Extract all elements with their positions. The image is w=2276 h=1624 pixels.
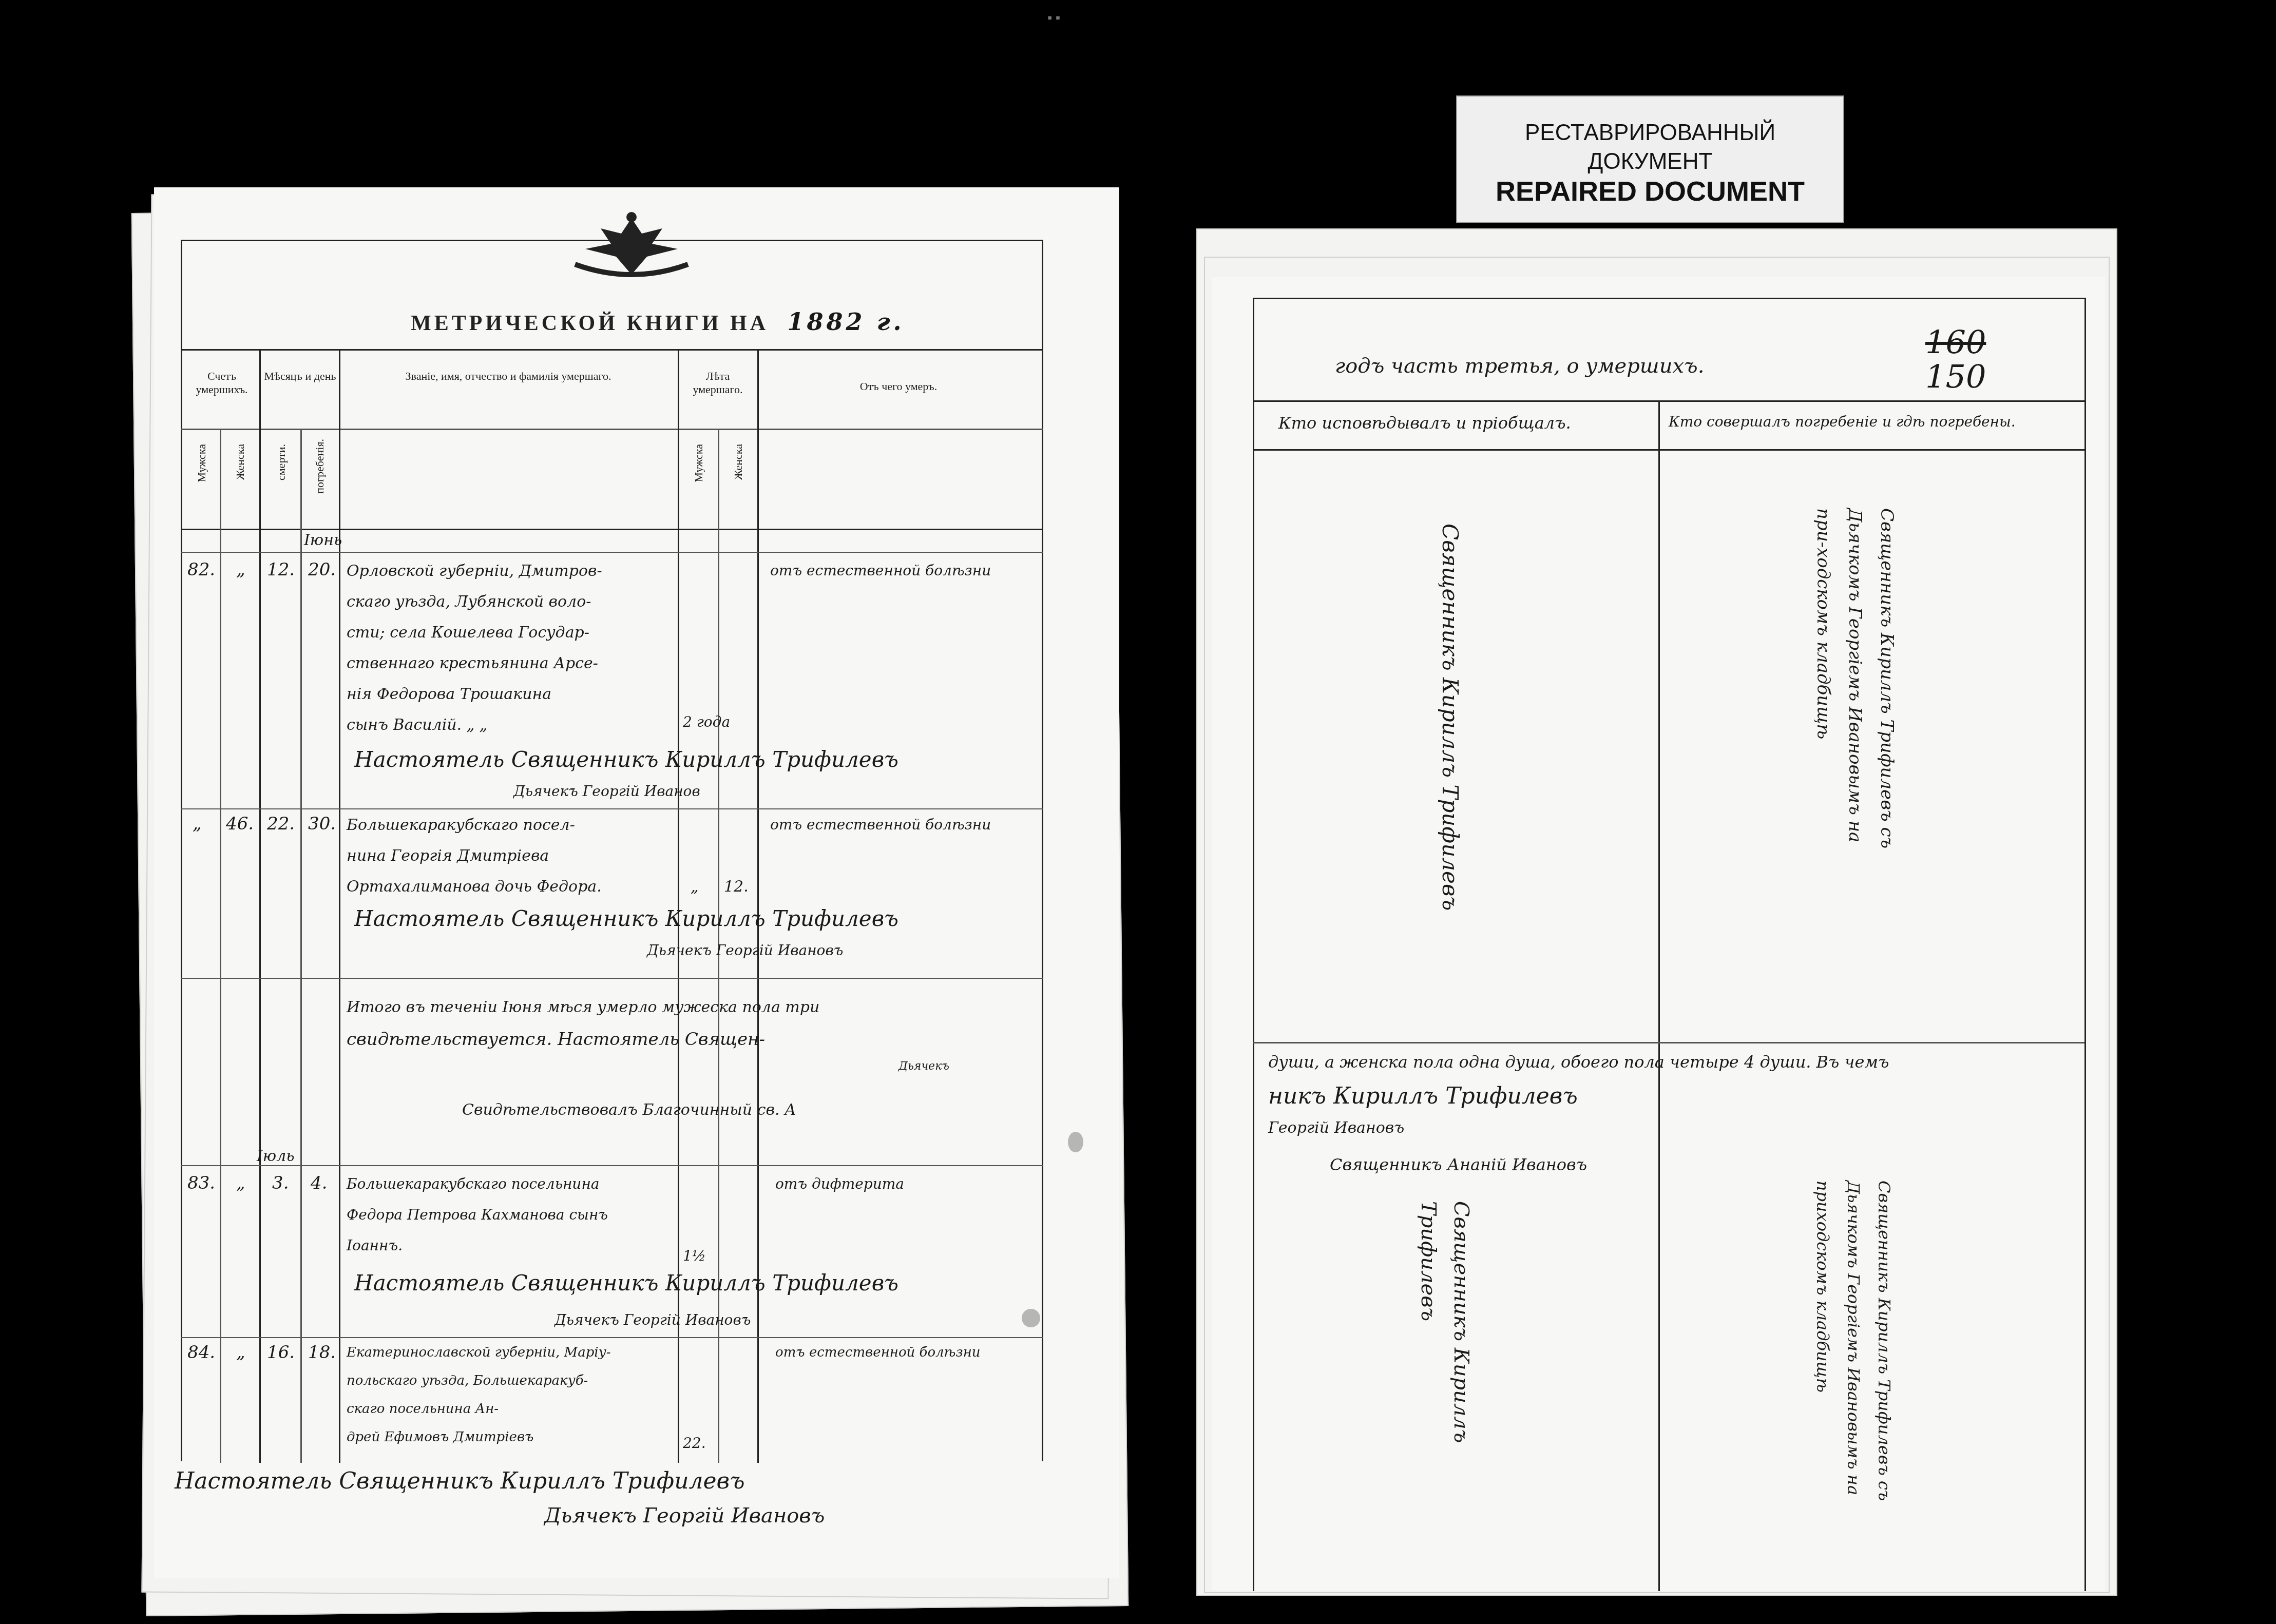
header-count: Счетъ умершихъ. [186,370,258,396]
row-divider [181,552,1043,553]
entry-name-line: нія Федорова Трошакина [347,685,551,703]
entry-cause: отъ естественной болѣзни [775,1345,981,1360]
left-page: МЕТРИЧЕСКОЙ КНИГИ НА 1882 г. Счетъ умерш… [154,187,1119,1578]
entry-name-line: Большекаракубскаго посел- [347,816,575,834]
entry-signature-deacon: Дьячекъ Георгій Ивановъ [647,942,843,959]
table-top-border [1253,298,2084,299]
header-bottom-line [181,529,1043,530]
confessed-entry-1: Священникъ Кириллъ Трифилевъ [1438,524,1463,911]
buried-entry-1: Священникъ Кириллъ Трифилевъ съ Дьячкомъ… [1807,508,1903,878]
header-bottom-line [1253,449,2084,451]
month-label-july: Іюль [257,1147,295,1165]
col-divider-date [300,429,302,1463]
entry-name-line: Іоаннъ. [347,1237,403,1254]
row-divider [181,1337,1043,1338]
header-count-m: Мужска [195,444,208,482]
entry-signature-priest: Настоятель Священникъ Кириллъ Трифилевъ [354,906,898,931]
entry-age-f: 12. [724,878,749,896]
entry-name-line: дрей Ефимовъ Дмитріевъ [347,1429,533,1445]
table-left-border [1253,298,1254,1591]
header-count-f: Женска [234,444,247,480]
entry-number-m: 82. [187,559,215,580]
summary-line: Дьячекъ [898,1060,949,1073]
buried-entry-2: Священникъ Кириллъ Трифилевъ съ Дьячкомъ… [1807,1181,1900,1530]
month-label-june: Іюнь [304,531,342,549]
summary-line: свидѣтельствуется. Настоятель Священ- [347,1029,765,1050]
entry-signature-priest: Настоятель Священникъ Кириллъ Трифилевъ [175,1468,745,1494]
row-divider [1253,1042,2084,1043]
entry-name-line: Большекаракубскаго посельнина [347,1175,600,1192]
entry-cause: отъ естественной болѣзни [770,562,991,579]
imperial-eagle-emblem [554,208,709,285]
header-confessed: Кто исповѣдывалъ и пріобщалъ. [1278,413,1571,433]
summary-line: души, а женска пола одна душа, обоего по… [1268,1052,1889,1072]
entry-number-m: 84. [187,1342,215,1363]
summary-line: никъ Кириллъ Трифилевъ [1268,1083,1578,1109]
page-title-text: МЕТРИЧЕСКОЙ КНИГИ НА [411,312,769,335]
entry-death-day: 16. [267,1342,295,1363]
col-divider [1658,400,1660,1591]
scan-top-marks: ▪ ▪ [1047,10,1060,26]
entry-signature-priest: Настоятель Священникъ Кириллъ Трифилевъ [354,747,898,772]
header-age-m: Мужска [692,444,705,482]
folio-number: 160 150 [1925,323,1986,395]
row-divider [181,978,1043,979]
header-age-f: Женска [732,444,745,480]
entry-burial-day: 30. [308,814,336,834]
entry-name-line: сти; села Кошелева Государ- [347,624,589,642]
entry-signature-priest: Настоятель Священникъ Кириллъ Трифилевъ [354,1270,898,1296]
entry-name-line: сынъ Василій. „ „ [347,716,487,734]
label-line-ru-2: ДОКУМЕНТ [1457,149,1843,175]
entry-age: 2 года [683,713,730,730]
entry-death-day: 12. [267,559,295,580]
entry-cause: отъ естественной болѣзни [770,816,991,833]
table-right-border [2084,298,2086,1591]
entry-burial-day: 4. [311,1173,327,1193]
page-title: МЕТРИЧЕСКОЙ КНИГИ НА 1882 г. [411,308,905,336]
summary-line: Священникъ Ананій Ивановъ [1330,1155,1587,1174]
entry-burial-day: 18. [308,1342,336,1363]
entry-death-day: 22. [267,814,295,834]
col-divider-count [259,349,261,1463]
folio-new: 150 [1925,358,1986,395]
row-divider [181,1165,1043,1166]
header-buried: Кто совершалъ погребеніе и гдѣ погребены… [1669,413,2016,430]
col-divider-count-mf [220,429,221,1463]
table-left-border [181,240,182,1461]
summary-line: Георгій Ивановъ [1268,1119,1404,1137]
entry-number-f: „ [236,559,245,580]
header-top-line [181,349,1043,351]
entry-signature-deacon: Дьячекъ Георгій Ивановъ [554,1311,751,1328]
entry-name-line: Екатеринославской губерніи, Маріу- [347,1345,611,1360]
ink-spot [1022,1309,1040,1327]
folio-old: 160 [1925,323,1986,361]
entry-number-m: „ [193,814,202,834]
entry-burial-day: 20. [308,559,336,580]
header-top-line [1253,400,2084,402]
summary-line: Свидѣтельствовалъ Благочинный св. А [462,1101,796,1119]
entry-signature-deacon: Дьячекъ Георгій Иванов [513,783,700,800]
repaired-document-label: РЕСТАВРИРОВАННЫЙ ДОКУМЕНТ REPAIRED DOCUM… [1456,95,1844,223]
entry-cause: отъ дифтерита [775,1175,904,1192]
table-top-border [181,240,1043,241]
right-page: 171 годъ часть третья, о умершихъ. 160 1… [1212,277,2105,1591]
header-name: Званіе, имя, отчество и фамилія умершаго… [349,370,667,383]
entry-death-day: 3. [272,1173,289,1193]
entry-name-line: Федора Петрова Кахманова сынъ [347,1206,608,1223]
entry-age-m: „ [691,878,699,896]
header-month-day: Мѣсяцъ и день [263,370,337,383]
entry-name-line: нина Георгія Дмитріева [347,847,549,865]
header-burial: погребенія. [313,439,327,494]
entry-number-m: 83. [187,1173,215,1193]
entry-number-f: 46. [226,814,254,834]
entry-age: 1½ [683,1247,706,1264]
page-title-hand: годъ часть третья, о умершихъ. [1335,354,1704,378]
summary-line: Итого въ теченіи Іюня мѣся умерло мужеск… [347,998,819,1016]
label-line-en: REPAIRED DOCUMENT [1457,176,1843,207]
table-right-border [1042,240,1043,1461]
entry-number-f: „ [236,1342,245,1363]
col-divider-month [339,349,340,1463]
entry-name-line: ственнаго крестьянина Арсе- [347,654,598,672]
entry-name-line: скаго посельнина Ан- [347,1401,499,1417]
header-death: смерти. [275,444,288,480]
entry-age: 22. [683,1435,706,1452]
header-sub-line [181,429,1043,430]
header-age: Лѣта умершаго. [682,370,754,396]
confessed-entry-2: Священникъ Кириллъ Трифилевъ [1412,1201,1478,1447]
entry-number-f: „ [236,1173,245,1193]
entry-name-line: польскаго уѣзда, Большекаракуб- [347,1373,588,1388]
entry-name-line: Орловской губерніи, Дмитров- [347,562,602,580]
label-line-ru-1: РЕСТАВРИРОВАННЫЙ [1457,120,1843,146]
entry-signature-deacon: Дьячекъ Георгій Ивановъ [544,1504,825,1528]
row-divider [181,808,1043,809]
entry-name-line: Ортахалиманова дочь Федора. [347,878,602,896]
header-cause: Отъ чего умеръ. [770,380,1027,393]
page-title-year: 1882 г. [788,308,905,336]
ink-spot [1068,1132,1083,1152]
entry-name-line: скаго уѣзда, Лубянской воло- [347,593,591,611]
